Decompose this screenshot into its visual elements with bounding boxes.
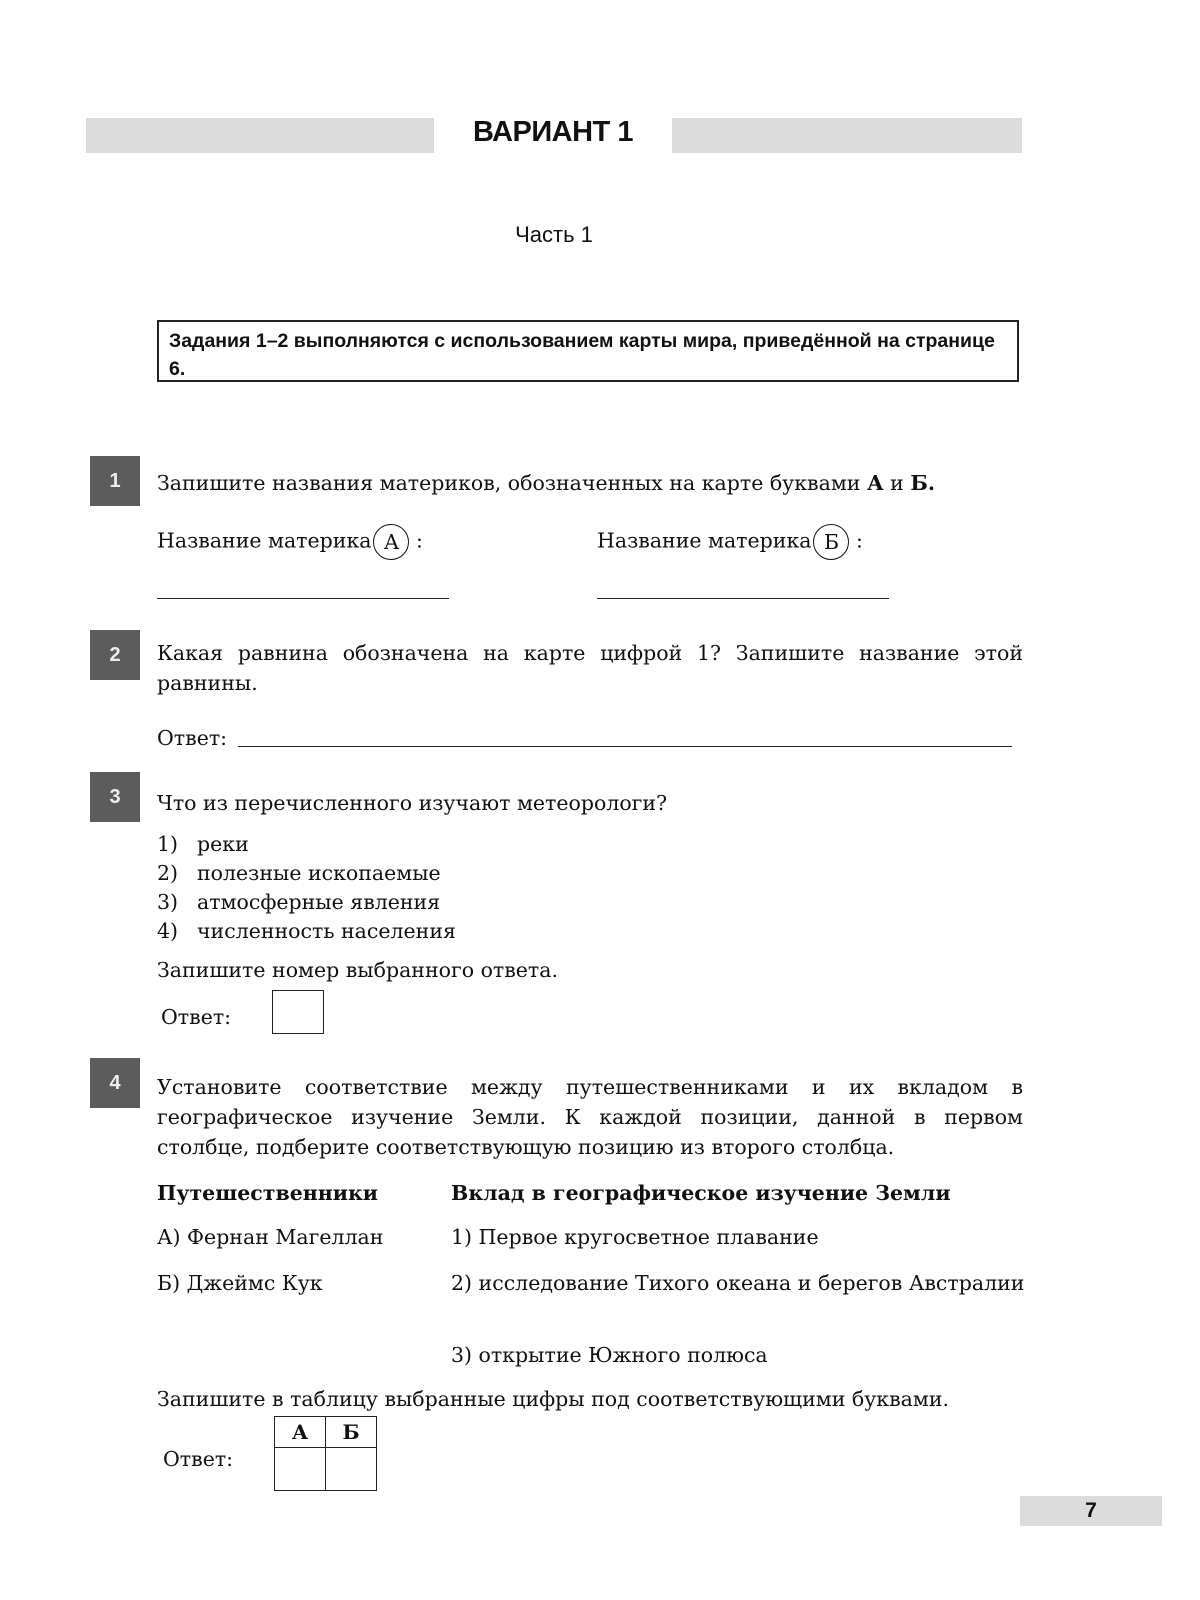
table-header-a: А [275, 1417, 326, 1448]
task-number-badge: 3 [90, 772, 140, 822]
answer-table: А Б [274, 1416, 377, 1491]
title-bar-left [86, 118, 434, 153]
field-label: Название материка [157, 529, 371, 553]
contribution-item: 2) исследование Тихого океана и берегов … [451, 1268, 1035, 1298]
option-number: 3) [157, 888, 197, 917]
continent-a-answer-line[interactable] [157, 598, 449, 599]
traveler-item: Б) Джеймс Кук [157, 1268, 323, 1298]
traveler-item: А) Фернан Магеллан [157, 1222, 383, 1252]
option-label: атмосферные явления [197, 890, 440, 914]
task-number: 3 [109, 786, 120, 809]
option: 4)численность населения [157, 917, 456, 946]
task-3-question: Что из перечисленного изучают метеоролог… [157, 788, 667, 818]
field-label: Название материка [597, 529, 811, 553]
question-text: . [928, 471, 935, 495]
colon: : [416, 529, 423, 553]
answer-cell-b[interactable] [326, 1448, 377, 1491]
option-label: полезные ископаемые [197, 861, 441, 885]
task-1-question: Запишите названия материков, обозначенны… [157, 468, 1037, 498]
option-number: 1) [157, 830, 197, 859]
column-2-header: Вклад в географическое изучение Земли [451, 1178, 951, 1208]
option-number: 4) [157, 917, 197, 946]
answer-cell-a[interactable] [275, 1448, 326, 1491]
letter-b: Б [910, 471, 928, 495]
option: 3)атмосферные явления [157, 888, 456, 917]
page-number: 7 [1020, 1496, 1162, 1526]
contribution-item: 3) открытие Южного полюса [451, 1340, 768, 1370]
task-3-instruction: Запишите номер выбранного ответа. [157, 955, 558, 985]
task-number: 1 [109, 470, 120, 493]
continent-a-label: Название материкаА : [157, 524, 423, 560]
task-number: 4 [109, 1072, 120, 1095]
task-2-question: Какая равнина обозначена на карте цифрой… [157, 638, 1023, 698]
letter-a: А [867, 471, 884, 495]
question-text: и [884, 471, 911, 495]
answer-label: Ответ: [161, 1002, 231, 1032]
answer-label: Ответ: [157, 723, 227, 753]
instructions-note: Задания 1–2 выполняются с использованием… [157, 320, 1019, 382]
task-number: 2 [109, 644, 120, 667]
column-1-header: Путешественники [157, 1178, 378, 1208]
part-heading: Часть 1 [0, 222, 1108, 248]
answer-label: Ответ: [163, 1444, 233, 1474]
continent-b-label: Название материкаБ : [597, 524, 863, 560]
task-4-instruction: Запишите в таблицу выбранные цифры под с… [157, 1384, 949, 1414]
continent-b-answer-line[interactable] [597, 598, 889, 599]
colon: : [856, 529, 863, 553]
table-header-b: Б [326, 1417, 377, 1448]
task-number-badge: 2 [90, 630, 140, 680]
title-bar-right [672, 118, 1022, 153]
task-3-answer-box[interactable] [272, 990, 324, 1034]
circled-letter-a: А [373, 524, 409, 560]
option-label: реки [197, 832, 249, 856]
task-4-question: Установите соответствие между путешестве… [157, 1072, 1023, 1162]
page-title: ВАРИАНТ 1 [434, 116, 672, 149]
option-label: численность населения [197, 919, 456, 943]
circled-letter-b: Б [813, 524, 849, 560]
contribution-item: 1) Первое кругосветное плавание [451, 1222, 819, 1252]
question-text: Запишите названия материков, обозначенны… [157, 471, 867, 495]
answer-options: 1)реки 2)полезные ископаемые 3)атмосферн… [157, 830, 456, 946]
task-number-badge: 1 [90, 456, 140, 506]
option-number: 2) [157, 859, 197, 888]
option: 1)реки [157, 830, 456, 859]
task-number-badge: 4 [90, 1058, 140, 1108]
option: 2)полезные ископаемые [157, 859, 456, 888]
task-2-answer-line[interactable] [238, 746, 1012, 747]
